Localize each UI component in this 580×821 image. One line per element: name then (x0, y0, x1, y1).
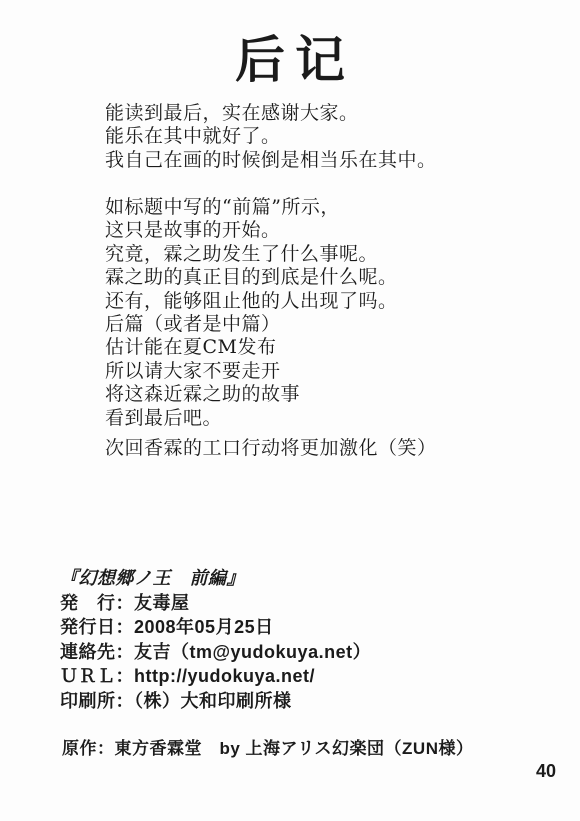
afterword-line: 所以请大家不要走开 (105, 360, 398, 383)
colophon-block: 『幻想郷ノ王 前編』 発 行：友毒屋 発行日：2008年05月25日 連絡先：友… (60, 566, 371, 713)
page-number: 40 (536, 761, 556, 782)
afterword-line: 次回香霖的工口行动将更加激化（笑） (105, 437, 437, 460)
afterword-line: 能读到最后，实在感谢大家。 (105, 102, 437, 125)
page-title: 后记 (0, 20, 580, 92)
afterword-paragraph-teaser: 次回香霖的工口行动将更加激化（笑） (105, 437, 437, 460)
colophon-publisher: 発 行：友毒屋 (60, 591, 371, 616)
afterword-page: 后记 能读到最后，实在感谢大家。 能乐在其中就好了。 我自己在画的时候倒是相当乐… (0, 0, 580, 821)
afterword-line: 还有，能够阻止他的人出现了吗。 (105, 290, 398, 313)
afterword-line: 后篇（或者是中篇） (105, 313, 398, 336)
afterword-line: 究竟，霖之助发生了什么事呢。 (105, 243, 398, 266)
afterword-line: 霖之助的真正目的到底是什么呢。 (105, 266, 398, 289)
afterword-line: 估计能在夏CM发布 (105, 336, 398, 359)
afterword-paragraph-story: 如标题中写的“前篇”所示， 这只是故事的开始。 究竟，霖之助发生了什么事呢。 霖… (105, 196, 398, 430)
colophon-printer: 印刷所：（株）大和印刷所様 (60, 689, 371, 714)
afterword-paragraph-thanks: 能读到最后，实在感谢大家。 能乐在其中就好了。 我自己在画的时候倒是相当乐在其中… (105, 102, 437, 172)
colophon-book-title: 『幻想郷ノ王 前編』 (60, 566, 371, 591)
colophon-url: ＵＲＬ：http://yudokuya.net/ (60, 664, 371, 689)
afterword-line: 将这森近霖之助的故事 (105, 383, 398, 406)
afterword-line: 看到最后吧。 (105, 407, 398, 430)
colophon-date: 発行日：2008年05月25日 (60, 615, 371, 640)
original-work-credit: 原作：東方香霖堂 by 上海アリス幻楽団（ZUN様） (62, 734, 473, 759)
afterword-line: 如标题中写的“前篇”所示， (105, 196, 398, 219)
colophon-contact: 連絡先：友吉（tm@yudokuya.net） (60, 640, 371, 665)
afterword-line: 这只是故事的开始。 (105, 219, 398, 242)
afterword-line: 能乐在其中就好了。 (105, 125, 437, 148)
afterword-line: 我自己在画的时候倒是相当乐在其中。 (105, 149, 437, 172)
